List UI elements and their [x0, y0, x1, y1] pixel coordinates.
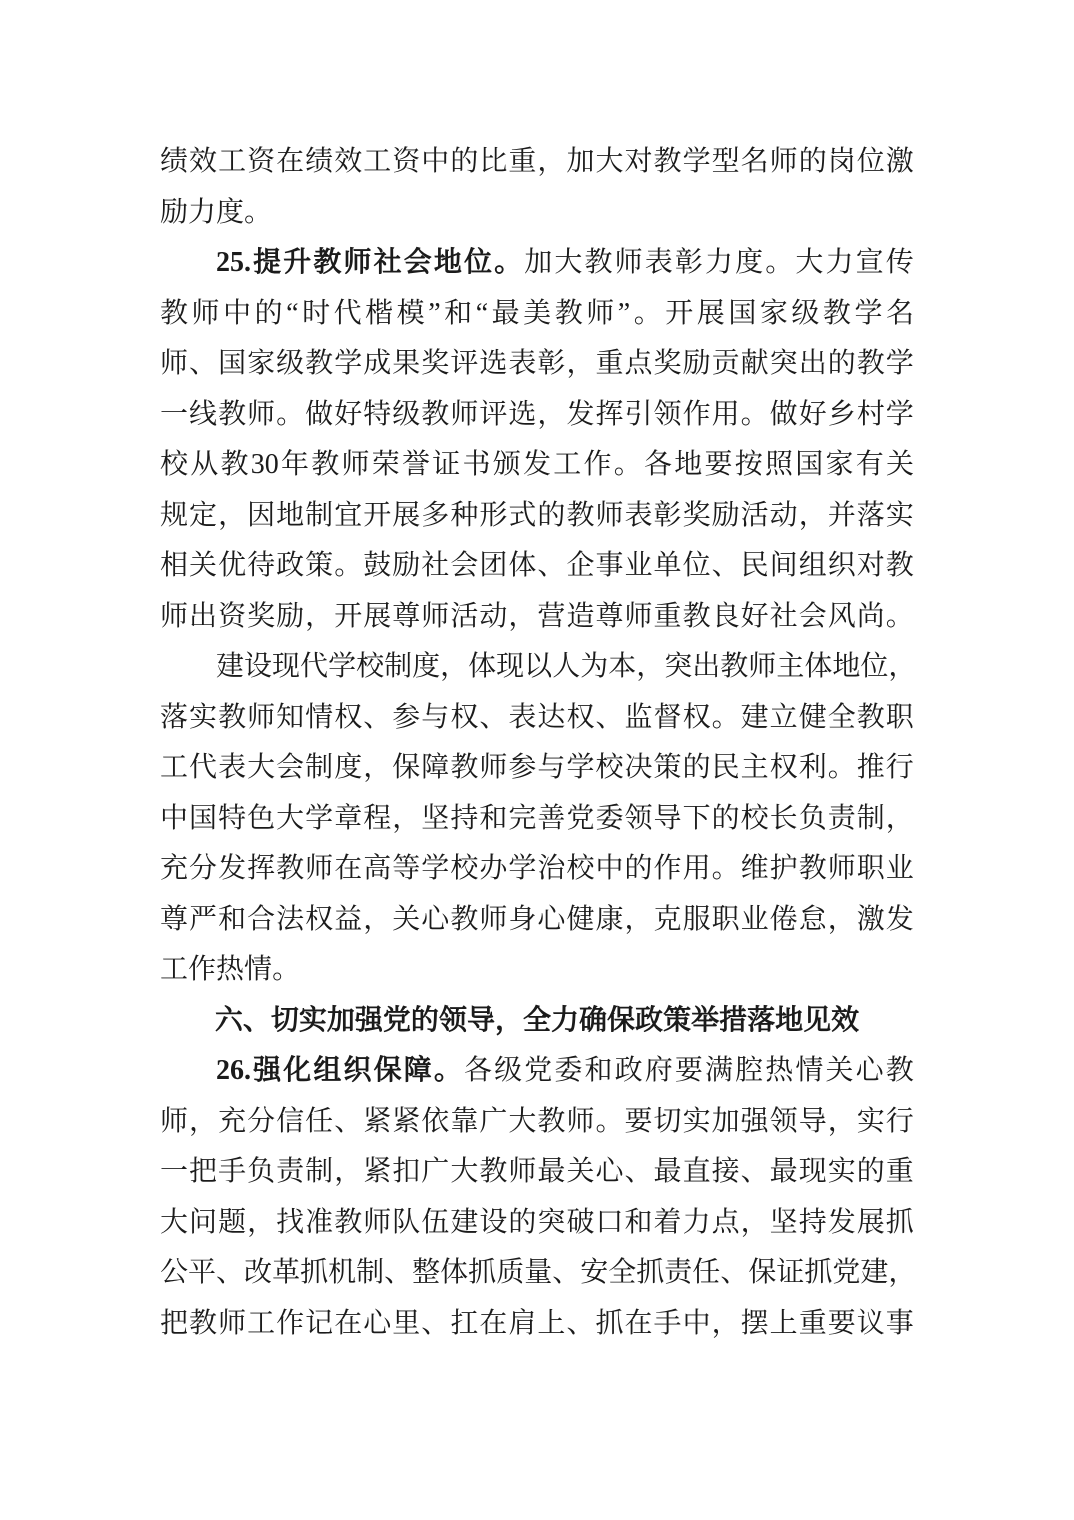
text-token: 落 [160, 704, 188, 732]
text-token: 的 [537, 502, 565, 530]
text-token: 师 [160, 603, 188, 631]
text-token: 法 [276, 906, 304, 934]
text-token: 大 [795, 249, 823, 277]
text-token: 、 [189, 350, 217, 378]
text-token: 委 [554, 1057, 582, 1085]
text-token: 30 [251, 451, 279, 479]
text-token: 师 [160, 350, 188, 378]
text-token: 中 [160, 805, 188, 833]
text-token: 严 [189, 906, 217, 934]
bold-text-token: 地 [775, 1007, 803, 1035]
bold-text-token: 的 [411, 1007, 439, 1035]
text-token: 大 [276, 805, 304, 833]
text-token: 风 [828, 603, 856, 631]
text-token: ， [508, 603, 536, 631]
text-token: 人 [552, 653, 580, 681]
text-token: 。 [634, 300, 662, 328]
text-token: ， [363, 754, 391, 782]
text-token: 开 [334, 603, 362, 631]
text-token: 选 [508, 401, 536, 429]
text-token: 大 [508, 1108, 536, 1136]
text-token: 、 [566, 1310, 594, 1338]
bold-text-token: 落 [747, 1007, 775, 1035]
text-token: 优 [218, 552, 246, 580]
text-token: 奖 [683, 502, 711, 530]
text-token: 与 [537, 754, 565, 782]
text-token: 励 [712, 502, 740, 530]
text-token: 质 [496, 1259, 524, 1287]
text-token: 作 [683, 401, 711, 429]
text-token: 参 [392, 704, 420, 732]
text-token: 坚 [770, 1209, 798, 1237]
bold-text-token: 全 [523, 1007, 551, 1035]
text-token: 师 [479, 754, 507, 782]
text-token: 大 [554, 249, 582, 277]
text-token: 彰 [654, 502, 682, 530]
text-token: 好 [334, 401, 362, 429]
bold-text-token: 保 [607, 1007, 635, 1035]
text-token: 度 [412, 653, 440, 681]
text-token: 摆 [741, 1310, 769, 1338]
text-token: 、 [712, 552, 740, 580]
text-token: 国 [795, 451, 823, 479]
text-token: 工 [160, 956, 188, 984]
bold-text-token: 25. [216, 249, 251, 277]
text-token: 紧 [392, 1108, 420, 1136]
text-token: 级 [494, 1057, 522, 1085]
text-line: 教师中的“时代楷模”和“最美教师”。开展国家级教学名 [160, 289, 914, 340]
bold-text-token: 见 [803, 1007, 831, 1035]
bold-text-token: ， [495, 1007, 523, 1035]
text-token: 师 [160, 1108, 188, 1136]
text-token: 和 [479, 805, 507, 833]
text-token: 教 [218, 401, 246, 429]
text-token: 表 [645, 249, 673, 277]
bold-text-token: 保 [374, 1057, 402, 1085]
text-token: 权 [334, 704, 362, 732]
text-token: 导 [654, 805, 682, 833]
text-token: 做 [770, 401, 798, 429]
document-text-block: 绩效工资在绩效工资中的比重，加大对教学型名师的岗位激励力度。25.提升教师社会地… [160, 137, 914, 1349]
text-token: ， [363, 906, 391, 934]
text-token: 情 [305, 704, 333, 732]
text-token: 心 [856, 1057, 884, 1085]
text-token: 责 [664, 1259, 692, 1287]
text-token: 作 [654, 855, 682, 883]
text-token: 要 [828, 1310, 856, 1338]
text-token: 督 [654, 704, 682, 732]
text-token: 名 [741, 148, 769, 176]
text-token: 维 [741, 855, 769, 883]
text-token: 岗 [828, 148, 856, 176]
text-token: 广 [421, 1158, 449, 1186]
text-token: 怠 [799, 906, 827, 934]
text-token: 体 [804, 653, 832, 681]
bold-text-token: 确 [579, 1007, 607, 1035]
text-token: 开 [363, 502, 391, 530]
bold-text-token: 地 [434, 249, 462, 277]
text-token: 抓 [636, 1259, 664, 1287]
text-token: 证 [432, 451, 460, 479]
bold-text-token: 举 [691, 1007, 719, 1035]
text-token: 整 [412, 1259, 440, 1287]
text-token: 国 [189, 805, 217, 833]
bold-text-token: 效 [831, 1007, 859, 1035]
text-token: 家 [825, 451, 853, 479]
text-token: 全 [608, 1259, 636, 1287]
text-token: 实 [189, 704, 217, 732]
text-line: 工作热情。 [160, 945, 914, 996]
text-token: 师 [770, 148, 798, 176]
text-token: 级 [791, 300, 819, 328]
text-line: 校从教30年教师荣誉证书颁发工作。各地要按照国家有关 [160, 440, 914, 491]
text-token: 一 [160, 401, 188, 429]
text-token: 的 [683, 754, 711, 782]
text-token: 。 [276, 401, 304, 429]
text-token: 的 [712, 805, 740, 833]
text-token: 、 [625, 1158, 653, 1186]
text-token: 营 [537, 603, 565, 631]
text-token: 对 [857, 552, 885, 580]
bold-text-token: 26. [216, 1057, 251, 1085]
text-token: 发 [566, 401, 594, 429]
text-token: 、 [595, 704, 623, 732]
text-token: 制 [857, 805, 885, 833]
text-token: 政 [276, 552, 304, 580]
text-token: 团 [479, 552, 507, 580]
text-token: 学 [566, 754, 594, 782]
text-token: 充 [160, 855, 188, 883]
text-token: 尊 [392, 603, 420, 631]
text-token: 分 [189, 855, 217, 883]
text-token: 社 [421, 552, 449, 580]
text-token: 责 [828, 805, 856, 833]
text-token: 切 [654, 1108, 682, 1136]
text-token: 完 [508, 805, 536, 833]
text-token: 学 [421, 855, 449, 883]
text-token: 章 [334, 805, 362, 833]
text-token: 高 [363, 855, 391, 883]
text-token: 有 [856, 451, 884, 479]
text-token: 职 [712, 906, 740, 934]
text-token: 业 [625, 552, 653, 580]
text-token: 革 [272, 1259, 300, 1287]
bold-text-token: 障 [404, 1057, 432, 1085]
text-token: 教 [886, 552, 914, 580]
text-token: 做 [305, 401, 333, 429]
text-token: 出 [799, 350, 827, 378]
text-token: 制 [305, 754, 333, 782]
text-token: 力 [705, 249, 733, 277]
text-token: 教 [334, 1209, 362, 1237]
text-token: 机 [328, 1259, 356, 1287]
text-token: ， [886, 805, 914, 833]
text-token: 展 [697, 300, 725, 328]
text-token: 的 [255, 300, 283, 328]
text-token: 造 [566, 603, 594, 631]
bold-text-token: 化 [283, 1057, 311, 1085]
text-token: 制 [305, 502, 333, 530]
text-token: 彰 [537, 350, 565, 378]
text-token: 。 [712, 704, 740, 732]
text-token: 、 [741, 1158, 769, 1186]
text-token: 励 [683, 350, 711, 378]
text-token: 民 [712, 754, 740, 782]
bold-text-token: 升 [283, 249, 311, 277]
text-token: 行 [886, 1108, 914, 1136]
text-token: 传 [886, 249, 914, 277]
text-token: 楷 [365, 300, 393, 328]
text-token: 充 [218, 1108, 246, 1136]
text-token: 励 [276, 603, 304, 631]
text-token: 心 [363, 1310, 391, 1338]
text-token: 良 [712, 603, 740, 631]
text-token: 规 [160, 502, 188, 530]
bold-text-token: 六 [215, 1007, 243, 1035]
text-line: 师出资奖励，开展尊师活动，营造尊师重教良好社会风尚。 [160, 592, 914, 643]
text-token: 颁 [493, 451, 521, 479]
text-token: 着 [654, 1209, 682, 1237]
text-token: 实 [886, 502, 914, 530]
text-token: 要 [675, 1057, 703, 1085]
text-token: 领 [770, 1108, 798, 1136]
text-token: 工 [218, 148, 246, 176]
text-token: 教 [823, 300, 851, 328]
text-token: 教 [311, 451, 339, 479]
text-token: 、 [479, 704, 507, 732]
bold-text-token: 力 [551, 1007, 579, 1035]
text-token: 关 [825, 1057, 853, 1085]
bold-text-token: 、 [243, 1007, 271, 1035]
text-token: 会 [450, 552, 478, 580]
text-token: 持 [450, 805, 478, 833]
text-token: 重 [654, 603, 682, 631]
text-token: 地 [674, 451, 702, 479]
text-token: 里 [392, 1310, 420, 1338]
text-token: 领 [625, 805, 653, 833]
text-token: 重 [799, 1310, 827, 1338]
text-line: 一把手负责制，紧扣广大教师最关心、最直接、最现实的重 [160, 1147, 914, 1198]
text-token: 用 [683, 855, 711, 883]
text-token: 口 [595, 1209, 623, 1237]
text-token: 、 [720, 1259, 748, 1287]
text-token: 党 [832, 1259, 860, 1287]
text-token: 最 [537, 1158, 565, 1186]
text-token: 关 [392, 906, 420, 934]
text-token: 相 [160, 552, 188, 580]
text-token: 教 [450, 754, 478, 782]
text-token: 。 [614, 451, 642, 479]
text-token: 主 [741, 754, 769, 782]
text-token: 业 [741, 906, 769, 934]
text-token: 发 [523, 451, 551, 479]
text-token: 长 [770, 805, 798, 833]
text-token: 大 [247, 754, 275, 782]
text-token: 好 [799, 401, 827, 429]
text-token: 位 [683, 552, 711, 580]
text-token: 中 [683, 1310, 711, 1338]
bold-text-token: 社 [374, 249, 402, 277]
text-token: 级 [276, 350, 304, 378]
text-token: 师 [508, 1158, 536, 1186]
text-token: 展 [857, 1209, 885, 1237]
text-line: 绩效工资在绩效工资中的比重，加大对教学型名师的岗位激 [160, 137, 914, 188]
text-token: 加 [712, 1108, 740, 1136]
text-token: 政 [615, 1057, 643, 1085]
text-token: 中 [421, 148, 449, 176]
text-token: 。 [886, 603, 914, 631]
text-token: 知 [276, 704, 304, 732]
text-token: 按 [735, 451, 763, 479]
text-token: 校 [356, 653, 384, 681]
text-token: 师 [218, 1310, 246, 1338]
text-token: 出 [189, 603, 217, 631]
text-token: 校 [741, 805, 769, 833]
text-token: 广 [479, 1108, 507, 1136]
text-token: ， [828, 906, 856, 934]
text-token: 任 [305, 1108, 333, 1136]
text-token: 保 [748, 1259, 776, 1287]
text-token: 。 [334, 552, 362, 580]
text-token: 抓 [804, 1259, 832, 1287]
text-token: 教 [584, 249, 612, 277]
text-token: 效 [334, 148, 362, 176]
text-token: 要 [625, 1108, 653, 1136]
text-token: ， [334, 1158, 362, 1186]
text-token: 型 [712, 148, 740, 176]
text-token: 激 [886, 148, 914, 176]
text-token: 满 [705, 1057, 733, 1085]
text-token: 师 [305, 855, 333, 883]
text-token: 权 [770, 754, 798, 782]
text-token: 村 [857, 401, 885, 429]
text-token: 导 [799, 1108, 827, 1136]
bold-text-token: 策 [663, 1007, 691, 1035]
text-token: 紧 [363, 1108, 391, 1136]
text-token: 民 [741, 552, 769, 580]
bold-text-token: 措 [719, 1007, 747, 1035]
text-token: 坚 [421, 805, 449, 833]
text-token: 评 [479, 401, 507, 429]
text-token: 学 [683, 148, 711, 176]
text-token: 监 [625, 704, 653, 732]
text-token: 和 [218, 906, 246, 934]
text-token: 本 [608, 653, 636, 681]
text-token: 公 [160, 1259, 188, 1287]
text-token: ， [440, 653, 468, 681]
text-token: 动 [770, 502, 798, 530]
text-token: 健 [566, 906, 594, 934]
text-token: 。 [765, 249, 793, 277]
bold-text-token: 实 [299, 1007, 327, 1035]
bold-text-token: 会 [404, 249, 432, 277]
text-token: 证 [776, 1259, 804, 1287]
text-token: 教 [857, 350, 885, 378]
text-token: 励 [160, 199, 188, 227]
text-token: 师 [615, 249, 643, 277]
text-token: 益 [334, 906, 362, 934]
text-token: 教 [276, 855, 304, 883]
text-token: 、 [363, 704, 391, 732]
text-token: 。 [244, 199, 272, 227]
text-token: 负 [247, 1158, 275, 1186]
text-token: ， [537, 401, 565, 429]
text-token: 身 [508, 906, 536, 934]
text-token: 决 [625, 754, 653, 782]
text-line: 六、切实加强党的领导，全力确保政策举措落地见效 [160, 996, 914, 1047]
text-token: 。 [828, 754, 856, 782]
text-token: 行 [886, 754, 914, 782]
text-token: 企 [566, 552, 594, 580]
text-line: 中国特色大学章程，坚持和完善党委领导下的校长负责制， [160, 794, 914, 845]
text-token: 教 [221, 451, 249, 479]
text-token: 党 [566, 805, 594, 833]
text-line: 相关优待政策。鼓励社会团体、企事业单位、民间组织对教 [160, 541, 914, 592]
bold-text-token: 位 [464, 249, 492, 277]
text-line: 25.提升教师社会地位。加大教师表彰力度。大力宣传 [160, 238, 914, 289]
text-token: 发 [886, 906, 914, 934]
text-token: 关 [886, 451, 914, 479]
text-token: 尊 [595, 603, 623, 631]
text-token: 抓 [468, 1259, 496, 1287]
text-token: 找 [276, 1209, 304, 1237]
text-token: 上 [537, 1310, 565, 1338]
text-token: 校 [160, 451, 188, 479]
text-line: 把教师工作记在心里、扛在肩上、抓在手中，摆上重要议事 [160, 1299, 914, 1350]
text-token: 激 [857, 906, 885, 934]
text-token: 挥 [247, 855, 275, 883]
text-token: 会 [276, 754, 304, 782]
text-token: 展 [363, 603, 391, 631]
text-token: 式 [508, 502, 536, 530]
text-token: 彰 [675, 249, 703, 277]
text-token: 工 [160, 754, 188, 782]
text-token: 展 [392, 502, 420, 530]
text-token: ， [218, 502, 246, 530]
text-token: 表 [218, 754, 246, 782]
text-token: 手 [218, 1158, 246, 1186]
text-token: ， [828, 1108, 856, 1136]
text-token: 现 [496, 653, 524, 681]
text-token: 绩 [305, 148, 333, 176]
text-token: 和 [444, 300, 472, 328]
text-token: ， [247, 1209, 275, 1237]
text-token: 学 [886, 350, 914, 378]
text-token: 推 [857, 754, 885, 782]
text-token: 体 [468, 653, 496, 681]
text-token: ” [428, 300, 440, 328]
text-token: 心 [595, 1158, 623, 1186]
text-token: 宜 [334, 502, 362, 530]
text-token: 要 [704, 451, 732, 479]
text-token: 在 [334, 1310, 362, 1338]
text-token: 力 [188, 199, 216, 227]
text-line: 尊严和合法权益，关心教师身心健康，克服职业倦怠，激发 [160, 895, 914, 946]
text-token: 伍 [421, 1209, 449, 1237]
text-token: 发 [828, 1209, 856, 1237]
text-token: 安 [580, 1259, 608, 1287]
text-token: 党 [524, 1057, 552, 1085]
text-token: 度 [216, 199, 244, 227]
text-token: 作 [583, 451, 611, 479]
text-token: 活 [450, 603, 478, 631]
text-token: 上 [770, 1310, 798, 1338]
text-token: 实 [828, 1158, 856, 1186]
text-token: 信 [276, 1108, 304, 1136]
text-token: 师 [595, 502, 623, 530]
text-token: 国 [728, 300, 756, 328]
text-token: 最 [492, 300, 520, 328]
